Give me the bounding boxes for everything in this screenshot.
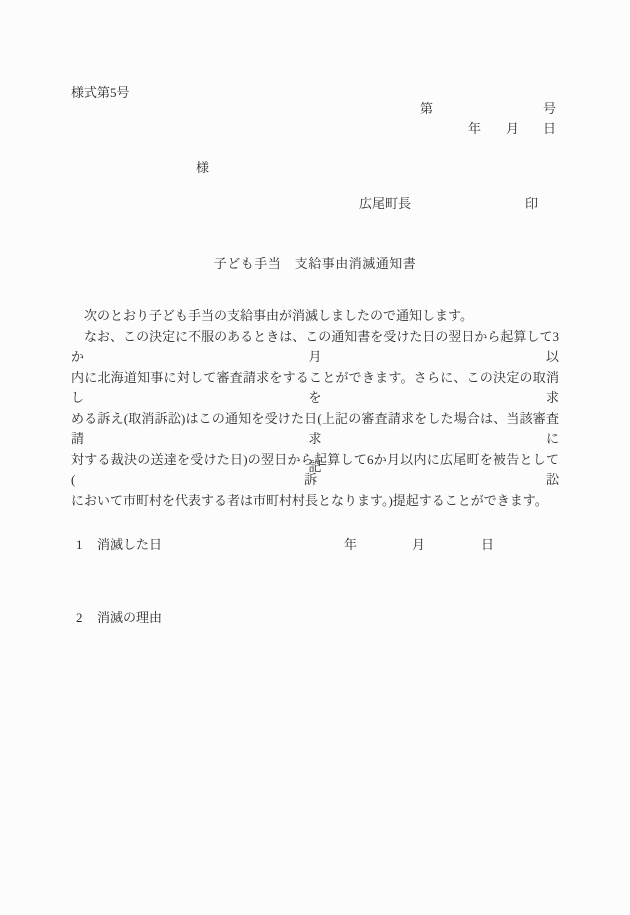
issue-date-month-label: 月: [506, 122, 519, 135]
item-1-month-label: 月: [412, 538, 425, 551]
notice-body: 次のとおり子ども手当の支給事由が消滅しましたので通知します。 なお、この決定に不…: [71, 306, 559, 511]
document-page: 様式第5号 第 号 年 月 日 様 広尾町長 印 子ども手当 支給事由消滅通知書…: [0, 0, 630, 915]
addressee-honorific: 様: [196, 161, 209, 174]
body-line: 内に北海道知事に対して審査請求をすることができます。さらに、この決定の取消しを求: [71, 368, 559, 409]
item-1-label: 消滅した日: [97, 538, 162, 551]
item-1-year-label: 年: [344, 538, 357, 551]
document-title: 子ども手当 支給事由消滅通知書: [0, 257, 630, 270]
doc-number-suffix: 号: [543, 102, 556, 115]
item-2-number: 2: [76, 611, 83, 624]
body-line: める訴え(取消訴訟)はこの通知を受けた日(上記の審査請求をした場合は、当該審査請…: [71, 409, 559, 450]
body-line: において市町村を代表する者は市町村村長となります。)提起することができます。: [71, 491, 559, 512]
seal-mark: 印: [525, 197, 538, 210]
item-1-number: 1: [76, 538, 83, 551]
body-line: なお、この決定に不服のあるときは、この通知書を受けた日の翌日から起算して3か月以: [71, 327, 559, 368]
issue-date-day-label: 日: [543, 122, 556, 135]
section-marker: 記: [0, 460, 630, 473]
body-line: 次のとおり子ども手当の支給事由が消滅しましたので通知します。: [71, 306, 559, 327]
item-1-day-label: 日: [481, 538, 494, 551]
item-2-label: 消滅の理由: [97, 611, 162, 624]
issuer-name: 広尾町長: [359, 197, 411, 210]
doc-number-prefix: 第: [420, 102, 433, 115]
form-number: 様式第5号: [71, 86, 130, 99]
issue-date-year-label: 年: [468, 122, 481, 135]
